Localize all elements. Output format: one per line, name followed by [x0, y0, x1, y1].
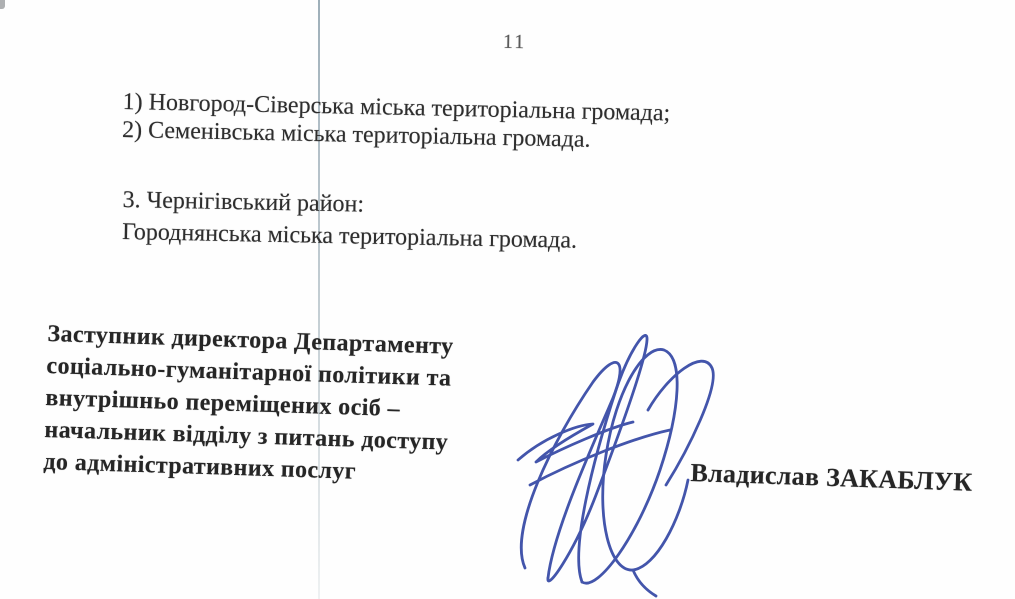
scanned-document-page: 11 1) Новгород-Сіверська міська територі…: [0, 0, 1015, 599]
page-number: 11: [503, 31, 527, 54]
page-fold-line: [318, 0, 320, 599]
scan-artifact-speck: [0, 0, 5, 9]
handwritten-signature-icon: [498, 320, 743, 598]
district-section: 3. Чернігівський район: Городнянська міс…: [122, 184, 578, 257]
signatory-title-block: Заступник директора Департаменту соціаль…: [43, 318, 454, 491]
communities-list: 1) Новгород-Сіверська міська територіаль…: [122, 88, 671, 155]
signature-strokes: [518, 335, 713, 596]
